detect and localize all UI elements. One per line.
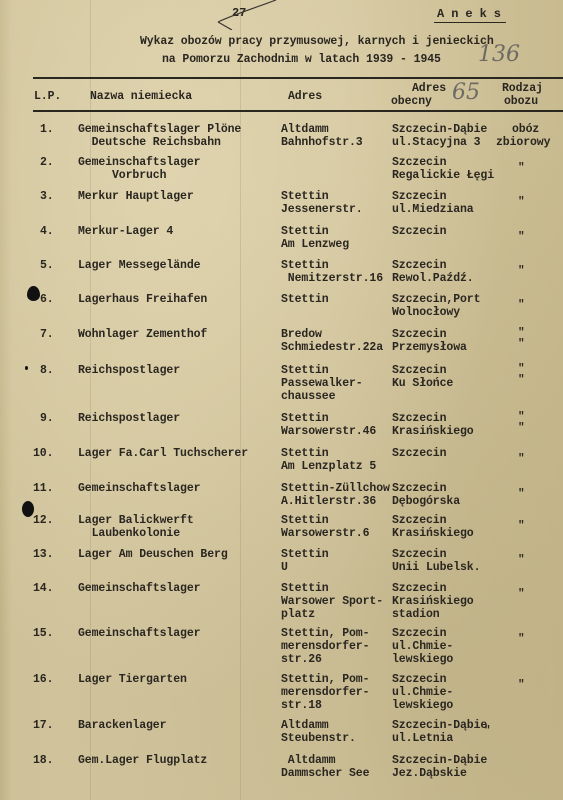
camp-german-name: Laubenkolonie — [78, 526, 180, 541]
camp-address: platz — [281, 607, 315, 622]
camp-german-name: Merkur-Lager 4 — [78, 224, 173, 239]
camp-address: str.18 — [281, 698, 322, 713]
camp-german-name: Lagerhaus Freihafen — [78, 292, 207, 307]
paper-fold — [240, 0, 241, 800]
row-number: 4. — [40, 224, 54, 239]
camp-address: Jessenerstr. — [281, 202, 363, 217]
camp-address: str.26 — [281, 652, 322, 667]
row-number: 18. — [33, 753, 53, 768]
camp-german-name: Lager Fa.Carl Tuchscherer — [78, 446, 248, 461]
document-title-line2: na Pomorzu Zachodnim w latach 1939 - 194… — [162, 52, 441, 67]
row-number: 16. — [33, 672, 53, 687]
camp-german-name: Lager Am Deuschen Berg — [78, 547, 228, 562]
ink-speck — [25, 366, 28, 370]
camp-type: zbiorowy — [496, 135, 550, 150]
row-number: 13. — [33, 547, 53, 562]
strikethrough-mark — [210, 0, 280, 30]
camp-current-address: Szczecin — [392, 224, 446, 239]
camp-german-name: Lager Tiergarten — [78, 672, 187, 687]
row-number: 15. — [33, 626, 53, 641]
document-page: 27 A n e k s Wykaz obozów pracy przymuso… — [0, 0, 563, 800]
document-title-line1: Wykaz obozów pracy przymusowej, karnych … — [140, 34, 494, 49]
camp-type-ditto: " — [518, 679, 525, 691]
camp-german-name: Wohnlager Zementhof — [78, 327, 207, 342]
camp-german-name: Reichspostlager — [78, 363, 180, 378]
camp-address: Schmiedestr.22a — [281, 340, 383, 355]
camp-type-ditto: " — [518, 265, 525, 277]
camp-current-address: Jez.Dąbskie — [392, 766, 467, 781]
camp-current-address: lewskiego — [392, 652, 453, 667]
camp-type-ditto: " — [518, 374, 525, 386]
row-number: 9. — [40, 411, 54, 426]
camp-address: Stettin — [281, 547, 329, 562]
row-number: 2. — [40, 155, 54, 170]
col-header-lp: L.P. — [34, 89, 61, 104]
annex-label: A n e k s — [437, 7, 501, 22]
row-number: 7. — [40, 327, 54, 342]
row-number: 6. — [40, 292, 54, 307]
header-bottom-rule — [33, 110, 563, 112]
camp-type-ditto: " — [484, 725, 491, 737]
camp-german-name: Gem.Lager Flugplatz — [78, 753, 207, 768]
camp-address: Am Lenzplatz 5 — [281, 459, 376, 474]
col-header-type-2: obozu — [504, 94, 538, 109]
camp-address: Dammscher See — [281, 766, 369, 781]
row-number: 3. — [40, 189, 54, 204]
camp-address: chaussee — [281, 389, 335, 404]
camp-type-ditto: " — [518, 299, 525, 311]
camp-type-ditto: " — [518, 453, 525, 465]
row-number: 12. — [33, 513, 53, 528]
camp-address: Stettin — [281, 292, 329, 307]
camp-current-address: Unii Lubelsk. — [392, 560, 480, 575]
camp-type-ditto: " — [518, 196, 525, 208]
col-header-address: Adres — [288, 89, 322, 104]
col-header-name: Nazwa niemiecka — [90, 89, 192, 104]
camp-address: Steubenstr. — [281, 731, 356, 746]
camp-address: U — [281, 560, 288, 575]
row-number: 14. — [33, 581, 53, 596]
camp-address: Am Lenzweg — [281, 237, 349, 252]
camp-current-address: Krasińskiego — [392, 424, 474, 439]
camp-german-name: Barackenlager — [78, 718, 166, 733]
camp-current-address: Dębogórska — [392, 494, 460, 509]
camp-current-address: ul.Stacyjna 3 — [392, 135, 480, 150]
camp-current-address: Rewol.Paźdź. — [392, 271, 474, 286]
camp-address: Warsowerstr.6 — [281, 526, 369, 541]
camp-address: A.Hitlerstr.36 — [281, 494, 376, 509]
row-number: 17. — [33, 718, 53, 733]
camp-current-address: Krasińskiego — [392, 526, 474, 541]
camp-type-ditto: " — [518, 520, 525, 532]
camp-address: Nemitzerstr.16 — [281, 271, 383, 286]
annex-underline — [434, 22, 506, 23]
camp-type-ditto: " — [518, 338, 525, 350]
ink-blot — [27, 286, 40, 301]
camp-current-address: stadion — [392, 607, 440, 622]
camp-german-name: Deutsche Reichsbahn — [78, 135, 221, 150]
row-number: 10. — [33, 446, 53, 461]
col-header-current-address-2: obecny — [391, 94, 432, 109]
camp-type-ditto: " — [518, 588, 525, 600]
camp-german-name: Gemeinschaftslager — [78, 481, 200, 496]
camp-type-ditto: " — [518, 633, 525, 645]
camp-type-ditto: " — [518, 162, 525, 174]
camp-german-name: Gemeinschaftslager — [78, 626, 200, 641]
camp-current-address: ul.Letnia — [392, 731, 453, 746]
camp-german-name: Merkur Hauptlager — [78, 189, 194, 204]
camp-current-address: Wolnocłowy — [392, 305, 460, 320]
camp-address: Bahnhofstr.3 — [281, 135, 363, 150]
header-top-rule — [33, 77, 563, 79]
camp-type-ditto: " — [518, 554, 525, 566]
camp-current-address: Regalickie Łęgi — [392, 168, 494, 183]
camp-current-address: Ku Słońce — [392, 376, 453, 391]
camp-current-address: lewskiego — [392, 698, 453, 713]
camp-current-address: Szczecin — [392, 446, 446, 461]
row-number: 8. — [40, 363, 54, 378]
camp-german-name: Lager Messegelände — [78, 258, 200, 273]
handwritten-folio: 136 — [478, 42, 520, 67]
camp-german-name: Vorbruch — [78, 168, 166, 183]
camp-german-name: Reichspostlager — [78, 411, 180, 426]
camp-address: Warsowerstr.46 — [281, 424, 376, 439]
camp-type-ditto: " — [518, 231, 525, 243]
camp-current-address: Przemysłowa — [392, 340, 467, 355]
camp-type-ditto: " — [518, 488, 525, 500]
camp-german-name: Gemeinschaftslager — [78, 581, 200, 596]
row-number: 11. — [33, 481, 53, 496]
ink-blot — [22, 501, 34, 517]
row-number: 1. — [40, 122, 54, 137]
handwritten-note: 65 — [452, 80, 480, 105]
camp-current-address: ul.Miedziana — [392, 202, 474, 217]
camp-type-ditto: " — [518, 422, 525, 434]
row-number: 5. — [40, 258, 54, 273]
